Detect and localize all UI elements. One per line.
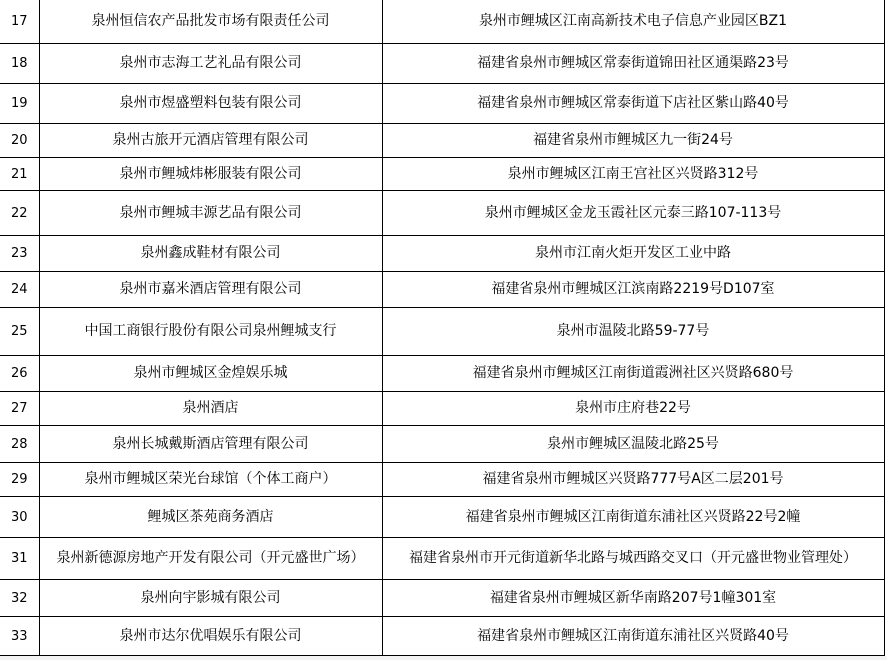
company-name: 泉州恒信农产品批发市场有限责任公司: [39, 0, 382, 44]
company-name: 泉州市嘉米酒店管理有限公司: [39, 272, 382, 308]
company-address: 福建省泉州市鲤城区常泰街道下店社区紫山路40号: [382, 84, 884, 124]
table-row: 19泉州市煜盛塑料包装有限公司福建省泉州市鲤城区常泰街道下店社区紫山路40号: [0, 84, 884, 124]
row-number: 21: [0, 158, 39, 191]
row-number: 25: [0, 308, 39, 356]
company-name: 泉州新德源房地产开发有限公司（开元盛世广场）: [39, 538, 382, 580]
company-address: 福建省泉州市开元街道新华北路与城西路交叉口（开元盛世物业管理处）: [382, 538, 884, 580]
table-row: 18泉州市志海工艺礼品有限公司福建省泉州市鲤城区常泰街道锦田社区通渠路23号: [0, 44, 884, 84]
company-address: 福建省泉州市鲤城区常泰街道锦田社区通渠路23号: [382, 44, 884, 84]
row-number: 26: [0, 356, 39, 392]
row-number: 19: [0, 84, 39, 124]
bottom-edge: [0, 656, 887, 660]
table-row: 17泉州恒信农产品批发市场有限责任公司泉州市鲤城区江南高新技术电子信息产业园区B…: [0, 0, 884, 44]
table-row: 30鲤城区茶苑商务酒店福建省泉州市鲤城区江南街道东浦社区兴贤路22号2幢: [0, 497, 884, 538]
table-row: 23泉州鑫成鞋材有限公司泉州市江南火炬开发区工业中路: [0, 236, 884, 272]
table-row: 22泉州市鲤城丰源艺品有限公司泉州市鲤城区金龙玉霞社区元泰三路107-113号: [0, 191, 884, 236]
table-row: 27泉州酒店泉州市庄府巷22号: [0, 392, 884, 426]
company-name: 泉州鑫成鞋材有限公司: [39, 236, 382, 272]
company-name: 鲤城区茶苑商务酒店: [39, 497, 382, 538]
row-number: 24: [0, 272, 39, 308]
company-name: 泉州市鲤城区金煌娱乐城: [39, 356, 382, 392]
company-address: 福建省泉州市鲤城区江滨南路2219号D107室: [382, 272, 884, 308]
table-row: 32泉州向宇影城有限公司福建省泉州市鲤城区新华南路207号1幢301室: [0, 580, 884, 617]
row-number: 31: [0, 538, 39, 580]
company-address: 泉州市温陵北路59-77号: [382, 308, 884, 356]
company-address: 泉州市鲤城区江南王宫社区兴贤路312号: [382, 158, 884, 191]
company-address: 福建省泉州市鲤城区江南街道霞洲社区兴贤路680号: [382, 356, 884, 392]
company-address: 福建省泉州市鲤城区新华南路207号1幢301室: [382, 580, 884, 617]
table-row: 29泉州市鲤城区荣光台球馆（个体工商户）福建省泉州市鲤城区兴贤路777号A区二层…: [0, 463, 884, 497]
company-name: 泉州酒店: [39, 392, 382, 426]
row-number: 18: [0, 44, 39, 84]
company-address: 泉州市庄府巷22号: [382, 392, 884, 426]
company-address: 福建省泉州市鲤城区江南街道东浦社区兴贤路40号: [382, 617, 884, 656]
company-name: 泉州市鲤城丰源艺品有限公司: [39, 191, 382, 236]
row-number: 29: [0, 463, 39, 497]
company-address: 泉州市江南火炬开发区工业中路: [382, 236, 884, 272]
row-number: 17: [0, 0, 39, 44]
company-address: 福建省泉州市鲤城区江南街道东浦社区兴贤路22号2幢: [382, 497, 884, 538]
company-name: 泉州长城戴斯酒店管理有限公司: [39, 426, 382, 463]
company-address: 泉州市鲤城区江南高新技术电子信息产业园区BZ1: [382, 0, 884, 44]
table-row: 26泉州市鲤城区金煌娱乐城福建省泉州市鲤城区江南街道霞洲社区兴贤路680号: [0, 356, 884, 392]
company-address: 泉州市鲤城区金龙玉霞社区元泰三路107-113号: [382, 191, 884, 236]
table-body: 17泉州恒信农产品批发市场有限责任公司泉州市鲤城区江南高新技术电子信息产业园区B…: [0, 0, 884, 656]
company-address: 泉州市鲤城区温陵北路25号: [382, 426, 884, 463]
row-number: 28: [0, 426, 39, 463]
table-row: 20泉州古旅开元酒店管理有限公司福建省泉州市鲤城区九一街24号: [0, 124, 884, 158]
row-number: 20: [0, 124, 39, 158]
table-row: 24泉州市嘉米酒店管理有限公司福建省泉州市鲤城区江滨南路2219号D107室: [0, 272, 884, 308]
company-address: 福建省泉州市鲤城区九一街24号: [382, 124, 884, 158]
table-row: 33泉州市达尔优唱娱乐有限公司福建省泉州市鲤城区江南街道东浦社区兴贤路40号: [0, 617, 884, 656]
company-name: 泉州市煜盛塑料包装有限公司: [39, 84, 382, 124]
row-number: 23: [0, 236, 39, 272]
table-row: 28泉州长城戴斯酒店管理有限公司泉州市鲤城区温陵北路25号: [0, 426, 884, 463]
company-name: 泉州向宇影城有限公司: [39, 580, 382, 617]
company-name: 泉州市志海工艺礼品有限公司: [39, 44, 382, 84]
company-address-table: 17泉州恒信农产品批发市场有限责任公司泉州市鲤城区江南高新技术电子信息产业园区B…: [0, 0, 885, 656]
company-name: 泉州市达尔优唱娱乐有限公司: [39, 617, 382, 656]
company-name: 中国工商银行股份有限公司泉州鲤城支行: [39, 308, 382, 356]
row-number: 27: [0, 392, 39, 426]
company-name: 泉州古旅开元酒店管理有限公司: [39, 124, 382, 158]
company-name: 泉州市鲤城炜彬服装有限公司: [39, 158, 382, 191]
row-number: 30: [0, 497, 39, 538]
company-address: 福建省泉州市鲤城区兴贤路777号A区二层201号: [382, 463, 884, 497]
row-number: 32: [0, 580, 39, 617]
table-row: 31泉州新德源房地产开发有限公司（开元盛世广场）福建省泉州市开元街道新华北路与城…: [0, 538, 884, 580]
company-name: 泉州市鲤城区荣光台球馆（个体工商户）: [39, 463, 382, 497]
row-number: 33: [0, 617, 39, 656]
row-number: 22: [0, 191, 39, 236]
table-row: 21泉州市鲤城炜彬服装有限公司泉州市鲤城区江南王宫社区兴贤路312号: [0, 158, 884, 191]
table-row: 25中国工商银行股份有限公司泉州鲤城支行泉州市温陵北路59-77号: [0, 308, 884, 356]
